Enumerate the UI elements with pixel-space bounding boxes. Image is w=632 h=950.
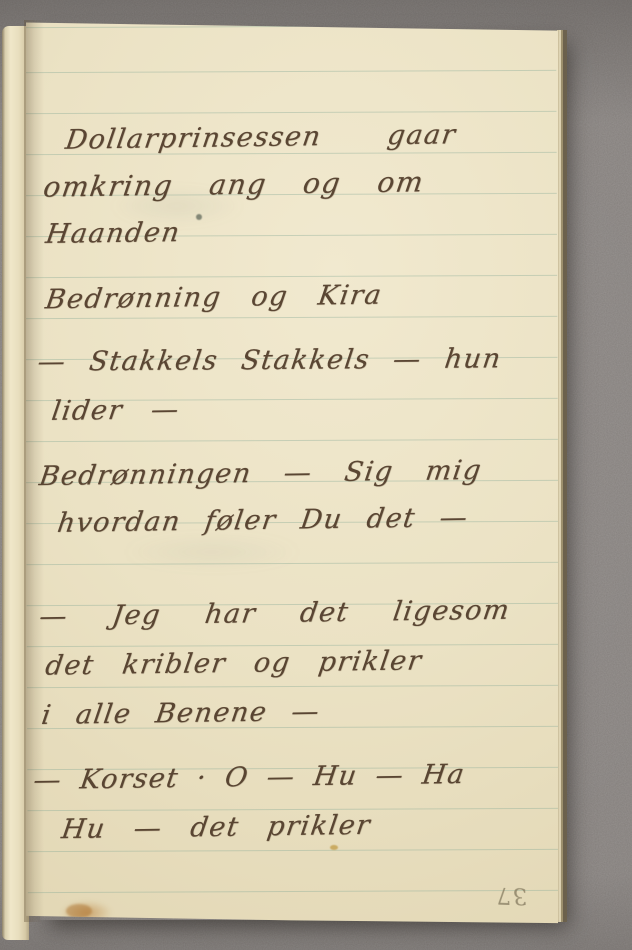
handwriting-line: hvordan føler Du det — <box>55 502 470 539</box>
handwriting-line: Bedrønning og Kira <box>43 280 384 316</box>
handwriting-line: i alle Benene — <box>39 696 322 731</box>
page-edge-stack <box>557 30 567 922</box>
photograph-scene: Dollarprinsessen gaar omkring ang og om … <box>0 0 632 950</box>
handwriting-line: — Korset · O — Hu — Ha <box>31 759 467 796</box>
pencil-page-number: 37 <box>493 881 528 908</box>
handwriting-line: — Jeg har det ligesom <box>37 595 512 633</box>
handwriting-line: omkring ang og om <box>41 165 426 203</box>
ochre-dot-blemish <box>330 845 338 850</box>
handwriting-line: Hu — det prikler <box>59 810 373 845</box>
handwriting-line: Bedrønningen — Sig mig <box>37 455 484 492</box>
handwriting-line: — Stakkels Stakkels — hun <box>36 343 504 377</box>
stain-core <box>66 904 92 918</box>
gray-dot-blemish <box>196 214 202 220</box>
handwriting-line: Dollarprinsessen gaar <box>63 119 458 155</box>
handwriting-line: lider — <box>50 394 182 427</box>
handwriting-line: det kribler og prikler <box>43 645 424 681</box>
gutter-shadow <box>24 20 44 922</box>
notebook-page: Dollarprinsessen gaar omkring ang og om … <box>26 18 558 924</box>
handwriting-line: Haanden <box>44 217 183 250</box>
